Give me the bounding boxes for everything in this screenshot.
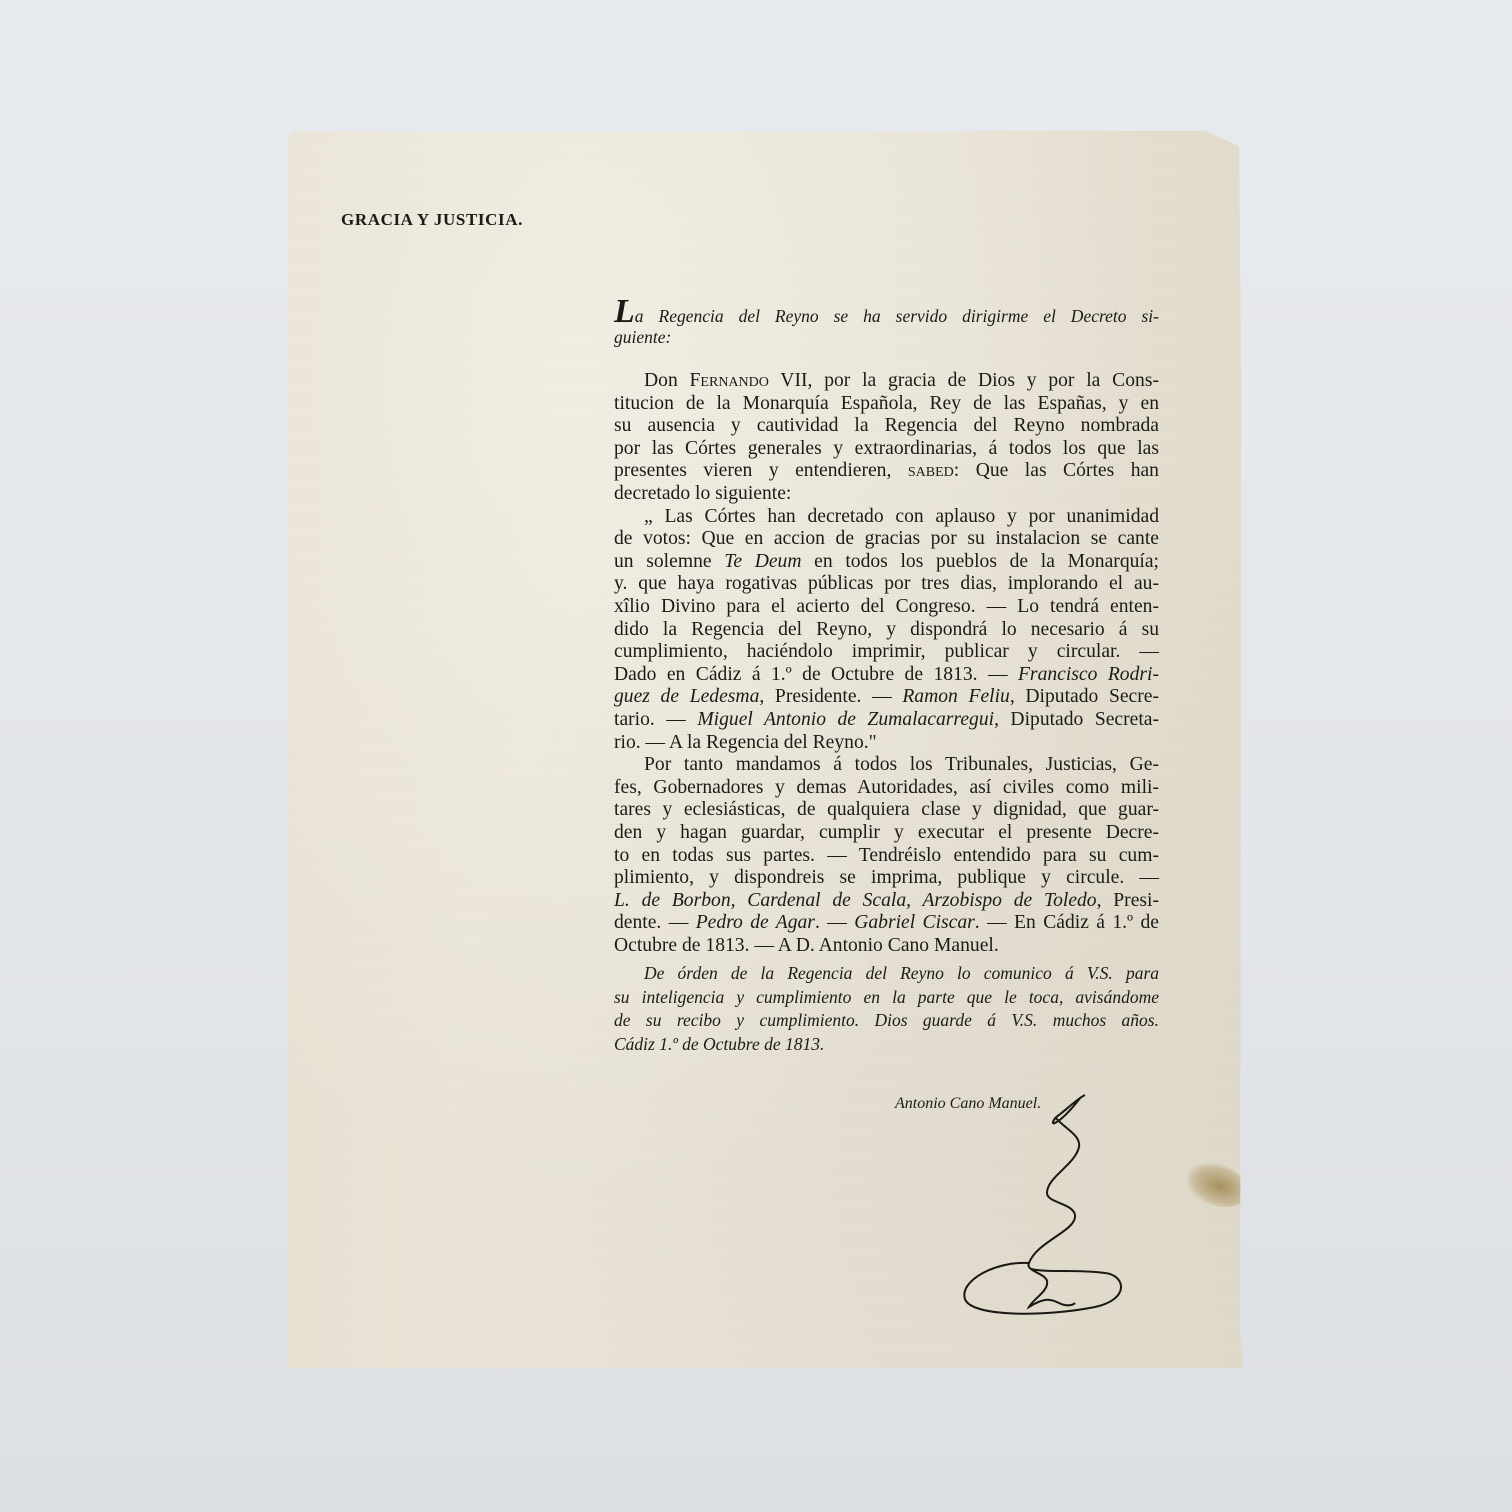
text-run: . — En Cádiz á 1.º de: [975, 912, 1159, 933]
italic-run: Pedro de Agar: [696, 912, 815, 933]
text-run: Por tanto mandamos á todos los Tribunale…: [644, 754, 1159, 775]
intro-line-2: guiente:: [614, 326, 1159, 348]
closing-line: su inteligencia y cumplimiento en la par…: [614, 986, 1159, 1008]
text-run: tario. —: [614, 709, 697, 730]
text-run: y. que haya rogativas públicas por tres …: [614, 573, 1159, 594]
text-run: Fernando: [690, 370, 769, 391]
body-line: den y hagan guardar, cumplir y executar …: [614, 822, 1159, 844]
body-line: cumplimiento, haciéndolo imprimir, publi…: [614, 641, 1159, 663]
body-line: Octubre de 1813. — A D. Antonio Cano Man…: [614, 935, 1159, 957]
intro-line-1: La Regencia del Reyno se ha servido diri…: [614, 301, 1159, 327]
text-run: Octubre de 1813. — A D. Antonio Cano Man…: [614, 935, 999, 956]
body-line: Don Fernando VII, por la gracia de Dios …: [614, 370, 1159, 392]
italic-run: L. de Borbon, Cardenal de Scala, Arzobis…: [614, 890, 1097, 911]
text-run: dido la Regencia del Reyno, y dispondrá …: [614, 619, 1159, 640]
body-line: presentes vieren y entendieren, sabed: Q…: [614, 460, 1159, 482]
body-line: xîlio Divino para el acierto del Congres…: [614, 596, 1159, 618]
body-line: su ausencia y cautividad la Regencia del…: [614, 415, 1159, 437]
body-line: dido la Regencia del Reyno, y dispondrá …: [614, 619, 1159, 641]
paper-stain: [1181, 1155, 1254, 1216]
text-run: den y hagan guardar, cumplir y executar …: [614, 822, 1159, 843]
text-run: : Que las Córtes han: [954, 460, 1159, 481]
text-run: presentes vieren y entendieren,: [614, 460, 908, 481]
text-run: Dado en Cádiz á 1.º de Octubre de 1813. …: [614, 664, 1018, 685]
italic-run: Gabriel Ciscar: [854, 912, 975, 933]
text-run: en todos los pueblos de la Monarquía;: [802, 551, 1160, 572]
body-line: to en todas sus partes. — Tendréislo ent…: [614, 845, 1159, 867]
body-line: por las Córtes generales y extraordinari…: [614, 438, 1159, 460]
body-line: rio. — A la Regencia del Reyno.": [614, 732, 1159, 754]
italic-run: guez de Ledesma: [614, 686, 759, 707]
text-run: xîlio Divino para el acierto del Congres…: [614, 596, 1159, 617]
text-run: sabed: [908, 460, 954, 481]
text-run: , Presi-: [1097, 890, 1159, 911]
body-line: dente. — Pedro de Agar. — Gabriel Ciscar…: [614, 912, 1159, 934]
body-line: fes, Gobernadores y demas Autoridades, a…: [614, 777, 1159, 799]
text-run: su ausencia y cautividad la Regencia del…: [614, 415, 1159, 436]
text-run: Don: [644, 370, 690, 391]
text-run: plimiento, y dispondreis se imprima, pub…: [614, 867, 1159, 888]
italic-run: Ramon Feliu: [902, 686, 1010, 707]
body-line: guez de Ledesma, Presidente. — Ramon Fel…: [614, 686, 1159, 708]
drop-cap: L: [614, 293, 635, 330]
text-run: , Diputado Secreta-: [994, 709, 1159, 730]
text-run: de votos: Que en accion de gracias por s…: [614, 528, 1159, 549]
document-heading: GRACIA Y JUSTICIA.: [341, 210, 523, 230]
body-line: decretado lo siguiente:: [614, 483, 1159, 505]
body-line: L. de Borbon, Cardenal de Scala, Arzobis…: [614, 890, 1159, 912]
text-run: cumplimiento, haciéndolo imprimir, publi…: [614, 641, 1159, 662]
text-run: „ Las Córtes han decretado con aplauso y…: [644, 506, 1159, 527]
text-run: VII, por la gracia de Dios y por la Cons…: [769, 370, 1159, 391]
text-run: to en todas sus partes. — Tendréislo ent…: [614, 845, 1159, 866]
text-run: un solemne: [614, 551, 724, 572]
text-run: dente. —: [614, 912, 696, 933]
text-run: . —: [815, 912, 854, 933]
body-line: de votos: Que en accion de gracias por s…: [614, 528, 1159, 550]
closing-line: de su recibo y cumplimiento. Dios guarde…: [614, 1009, 1159, 1031]
text-run: fes, Gobernadores y demas Autoridades, a…: [614, 777, 1159, 798]
italic-run: Te Deum: [724, 551, 801, 572]
body-line: plimiento, y dispondreis se imprima, pub…: [614, 867, 1159, 889]
body-line: Por tanto mandamos á todos los Tribunale…: [614, 754, 1159, 776]
intro-text: a Regencia del Reyno se ha servido dirig…: [635, 306, 1159, 326]
closing-line: De órden de la Regencia del Reyno lo com…: [614, 962, 1159, 984]
text-run: por las Córtes generales y extraordinari…: [614, 438, 1159, 459]
text-run: , Diputado Secre-: [1010, 686, 1159, 707]
body-line: un solemne Te Deum en todos los pueblos …: [614, 551, 1159, 573]
text-run: rio. — A la Regencia del Reyno.": [614, 732, 877, 753]
text-run: decretado lo siguiente:: [614, 483, 791, 504]
handwritten-signature-icon: [955, 1085, 1135, 1325]
body-line: „ Las Córtes han decretado con aplauso y…: [614, 506, 1159, 528]
text-run: , Presidente. —: [759, 686, 902, 707]
italic-run: Miguel Antonio de Zumalacarregui: [697, 709, 994, 730]
italic-run: Francisco Rodri-: [1018, 664, 1159, 685]
body-line: titucion de la Monarquía Española, Rey d…: [614, 393, 1159, 415]
closing-line: Cádiz 1.º de Octubre de 1813.: [614, 1033, 1159, 1055]
body-line: tario. — Miguel Antonio de Zumalacarregu…: [614, 709, 1159, 731]
body-line: Dado en Cádiz á 1.º de Octubre de 1813. …: [614, 664, 1159, 686]
body-line: tares y eclesiásticas, de qualquiera cla…: [614, 799, 1159, 821]
text-run: tares y eclesiásticas, de qualquiera cla…: [614, 799, 1159, 820]
text-run: titucion de la Monarquía Española, Rey d…: [614, 393, 1159, 414]
body-line: y. que haya rogativas públicas por tres …: [614, 573, 1159, 595]
